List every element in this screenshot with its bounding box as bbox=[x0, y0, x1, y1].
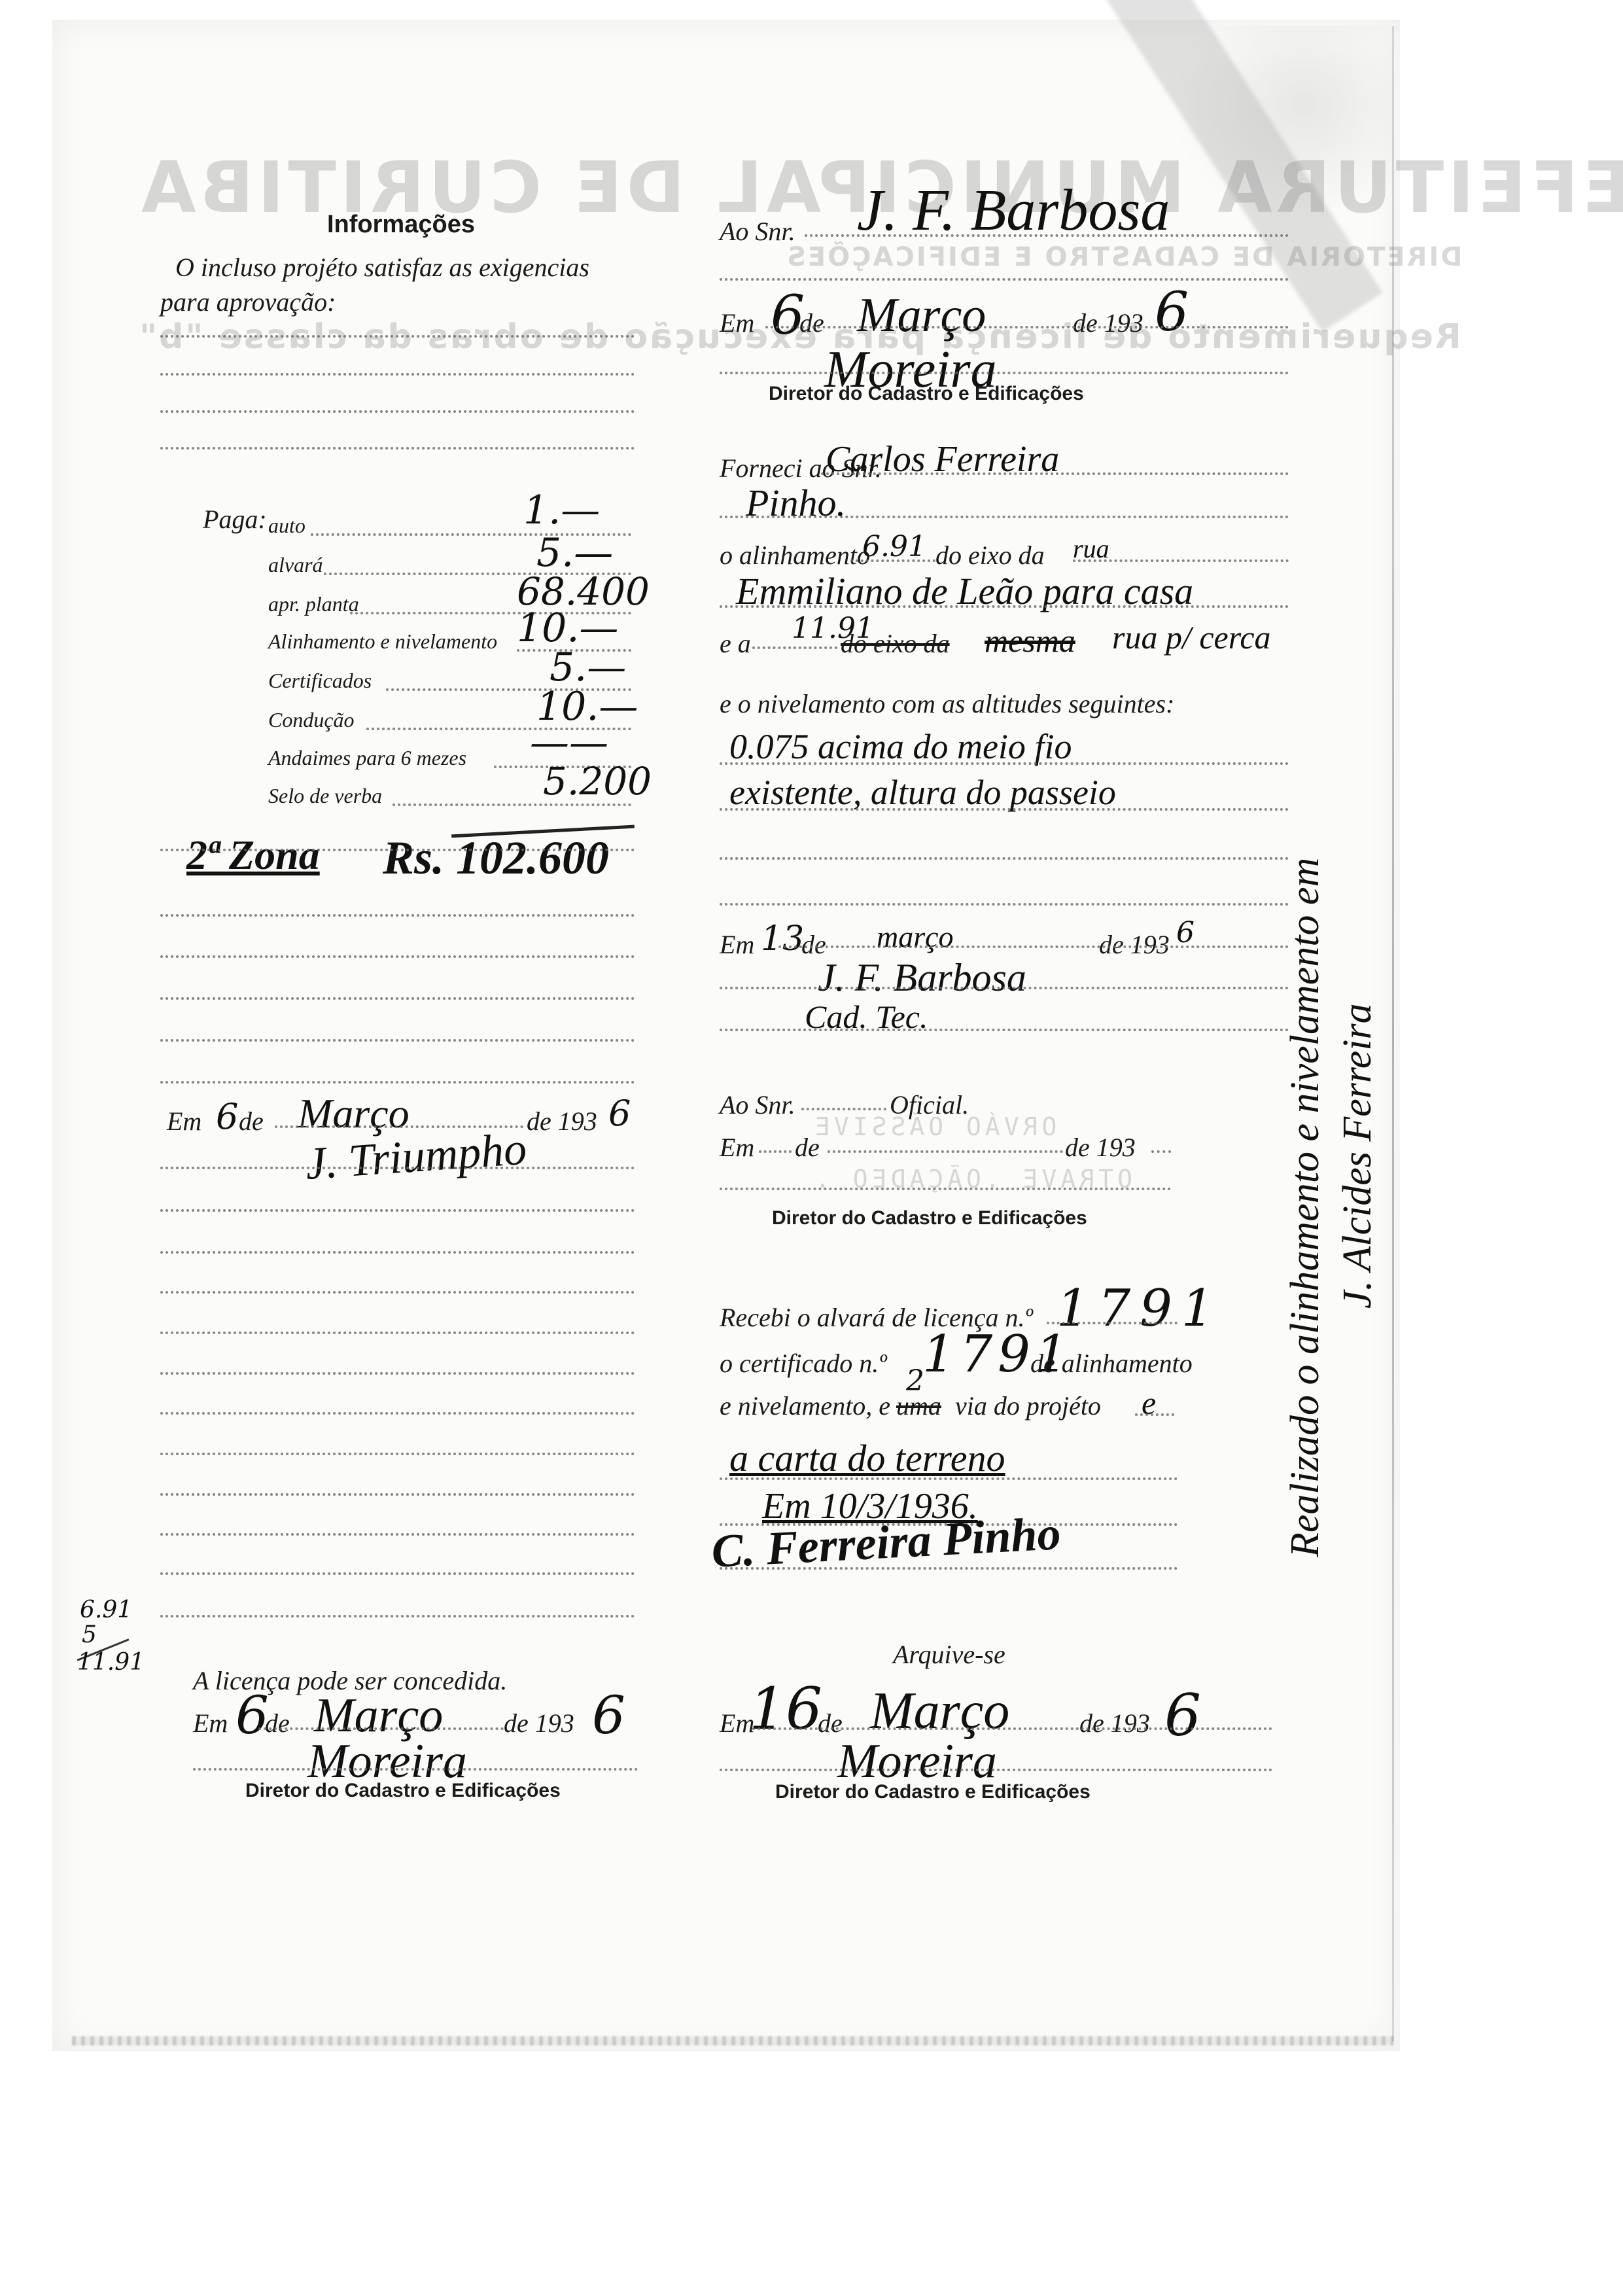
informacoes-heading: Informações bbox=[327, 211, 475, 239]
dotted-line bbox=[160, 335, 635, 338]
dotted-line bbox=[801, 1108, 886, 1110]
dotted-line bbox=[821, 472, 1289, 475]
to-label: Ao Snr. bbox=[720, 216, 795, 247]
margin-calc-line-1: 6.91 bbox=[80, 1597, 132, 1623]
dotted-line bbox=[720, 762, 1289, 765]
margin-note-signature: J. Alcides Ferreira bbox=[1335, 1003, 1381, 1309]
dotted-line bbox=[160, 955, 635, 958]
date-prefix: Em bbox=[720, 1132, 754, 1163]
fee-label-selo-verba: Selo de verba bbox=[268, 784, 382, 808]
date-prefix: Em bbox=[193, 1708, 228, 1739]
date-year-digit: 6 bbox=[592, 1685, 625, 1746]
receipt-line-3-c: e bbox=[1142, 1384, 1156, 1422]
dotted-line bbox=[160, 1453, 635, 1455]
receipt-license-no: 1791 bbox=[1056, 1279, 1223, 1338]
fee-label-apr-planta: apr. planta bbox=[268, 592, 359, 616]
receipt-line-3-a: e nivelamento, e bbox=[720, 1390, 890, 1421]
date-year-prefix: de 193 bbox=[1099, 929, 1170, 960]
dotted-line bbox=[1151, 1150, 1171, 1153]
leveling-line-2: existente, altura do passeio bbox=[729, 772, 1116, 813]
second-tail: rua p/ cerca bbox=[1112, 618, 1271, 656]
dotted-line bbox=[160, 1291, 635, 1294]
date-year-prefix: de 193 bbox=[527, 1106, 597, 1137]
dotted-line bbox=[160, 1081, 635, 1084]
receipt-line-2-a: o certificado n.º bbox=[720, 1348, 887, 1379]
dotted-line bbox=[765, 326, 1289, 328]
date-year-digit: 6 bbox=[1176, 916, 1195, 949]
caption4: Diretor do Cadastro e Edificações bbox=[775, 1781, 1091, 1803]
receipt-line-3-b: via do projéto bbox=[955, 1390, 1101, 1421]
dotted-line bbox=[720, 903, 1289, 906]
margin-calc-result: 11.91 bbox=[77, 1649, 145, 1676]
date-prefix: Em bbox=[720, 929, 754, 960]
dotted-line bbox=[720, 372, 1289, 374]
dotted-line bbox=[160, 373, 635, 376]
approval-caption: Diretor do Cadastro e Edificações bbox=[245, 1780, 561, 1802]
dotted-line bbox=[720, 857, 1289, 860]
fee-label-alinhamento: Alinhamento e nivelamento bbox=[268, 629, 497, 654]
dotted-line bbox=[720, 987, 1289, 989]
dotted-line bbox=[160, 997, 635, 1000]
dotted-line bbox=[720, 1567, 1178, 1570]
dotted-line bbox=[1073, 559, 1289, 562]
dotted-line bbox=[720, 1188, 1171, 1190]
dotted-line bbox=[720, 1029, 1289, 1031]
date-year-digit: 6 bbox=[1155, 281, 1189, 344]
dotted-line bbox=[193, 1768, 638, 1771]
dotted-line bbox=[258, 1727, 504, 1730]
dotted-line bbox=[160, 1493, 635, 1496]
dotted-line bbox=[160, 1039, 635, 1042]
signature2: J. F. Barbosa bbox=[818, 955, 1026, 1000]
date-year-prefix: de 193 bbox=[1079, 1708, 1150, 1739]
fee-value-auto: 1.— bbox=[523, 487, 600, 533]
dotted-line bbox=[752, 1727, 1272, 1730]
dotted-line bbox=[720, 1477, 1178, 1480]
dotted-line bbox=[720, 516, 1289, 518]
zone-note: 2ª Zona bbox=[186, 831, 320, 879]
date-day: 6 bbox=[216, 1096, 238, 1137]
dotted-line bbox=[160, 1412, 635, 1415]
alignment-value: 6.91 bbox=[862, 530, 926, 563]
date-month: Março bbox=[857, 288, 986, 344]
date-prefix: Em bbox=[167, 1106, 201, 1137]
fee-value-selo-verba: 5.200 bbox=[543, 759, 652, 804]
fee-label-auto: auto bbox=[268, 514, 305, 538]
letterhead-bleed-department: DIRETORIA DE CADASTRO E EDIFICAÇÕES bbox=[785, 242, 1463, 272]
dotted-line bbox=[850, 559, 935, 562]
to-name: J. F. Barbosa bbox=[857, 177, 1170, 244]
dotted-line bbox=[160, 849, 635, 851]
date-year-digit: 6 bbox=[1164, 1682, 1201, 1749]
fee-total: Rs. 102.600 bbox=[383, 831, 609, 885]
dotted-line bbox=[160, 1209, 635, 1212]
caption2: Diretor do Cadastro e Edificações bbox=[772, 1207, 1087, 1229]
dotted-line bbox=[1047, 1322, 1178, 1324]
date-day: 16 bbox=[749, 1675, 822, 1742]
leveling-text: e o nivelamento com as altitudes seguint… bbox=[720, 688, 1174, 719]
date-month: março bbox=[877, 919, 954, 954]
date-year-prefix: de 193 bbox=[1065, 1132, 1136, 1163]
alignment-axis: do eixo da bbox=[935, 540, 1045, 571]
dotted-line bbox=[720, 1769, 1272, 1771]
date-day: 6 bbox=[236, 1685, 269, 1746]
fee-label-certificados: Certificados bbox=[268, 669, 372, 693]
date-de: de bbox=[265, 1708, 290, 1739]
receipt-handwritten-1: a carta do terreno bbox=[729, 1436, 1005, 1480]
dotted-line bbox=[160, 1372, 635, 1375]
dotted-line bbox=[160, 1251, 635, 1254]
dotted-line bbox=[160, 914, 635, 917]
margin-calc-line-2: 5 bbox=[82, 1621, 97, 1648]
second-axis: do eixo da bbox=[841, 628, 950, 659]
caption1: Diretor do Cadastro e Edificações bbox=[769, 383, 1084, 405]
date-year-prefix: de 193 bbox=[1073, 308, 1143, 338]
dotted-line bbox=[160, 410, 635, 413]
date-day: 13 bbox=[761, 919, 804, 959]
date-de: de bbox=[795, 1132, 820, 1163]
archive-label: Arquive-se bbox=[893, 1639, 1005, 1670]
dotted-line bbox=[160, 1615, 635, 1617]
second-prefix: e a bbox=[720, 628, 751, 659]
dotted-line bbox=[752, 646, 837, 649]
margin-note-text: Realizado o alinhamento e nivelamento em bbox=[1282, 858, 1329, 1557]
paga-label: Paga: bbox=[203, 504, 267, 535]
dotted-line bbox=[778, 945, 1289, 948]
receipt-correction: 2 bbox=[906, 1364, 924, 1398]
dotted-line bbox=[160, 1167, 635, 1169]
intro-line-2: para aprovação: bbox=[160, 287, 336, 317]
fee-label-alvara: alvará bbox=[268, 553, 323, 577]
dotted-line bbox=[720, 278, 1289, 281]
dotted-line bbox=[720, 808, 1289, 811]
dotted-line bbox=[160, 447, 635, 450]
intro-line-1: O incluso projéto satisfaz as exigencias bbox=[175, 252, 589, 283]
dotted-line bbox=[160, 1332, 635, 1334]
fee-label-conducao: Condução bbox=[268, 708, 355, 732]
leveling-line-1: 0.075 acima do meio fio bbox=[729, 726, 1072, 767]
dotted-line bbox=[160, 1533, 635, 1536]
dotted-line bbox=[720, 605, 1289, 608]
date-month: Março bbox=[298, 1089, 410, 1138]
dotted-line bbox=[160, 1572, 635, 1575]
dotted-line bbox=[828, 1150, 1063, 1153]
date-year-prefix: de 193 bbox=[504, 1708, 574, 1739]
date-month: Março bbox=[870, 1682, 1009, 1741]
alignment-label: o alinhamento bbox=[720, 540, 870, 571]
receipt-line-2-b: de alinhamento bbox=[1030, 1348, 1193, 1379]
date-de: de bbox=[239, 1106, 264, 1137]
date-de: de bbox=[799, 308, 824, 338]
paper-edge-bottom bbox=[72, 2036, 1393, 2045]
fee-label-andaimes: Andaimes para 6 mezes bbox=[268, 746, 466, 770]
second-struck: mesma bbox=[985, 622, 1075, 660]
date-year-digit: 6 bbox=[608, 1093, 631, 1134]
dotted-line bbox=[759, 1150, 792, 1153]
date-prefix: Em bbox=[720, 308, 754, 338]
dotted-line bbox=[1135, 1413, 1174, 1416]
to-name-2: Oficial. bbox=[890, 1089, 969, 1120]
dotted-line bbox=[393, 804, 631, 806]
to-label-2: Ao Snr. bbox=[720, 1089, 795, 1120]
